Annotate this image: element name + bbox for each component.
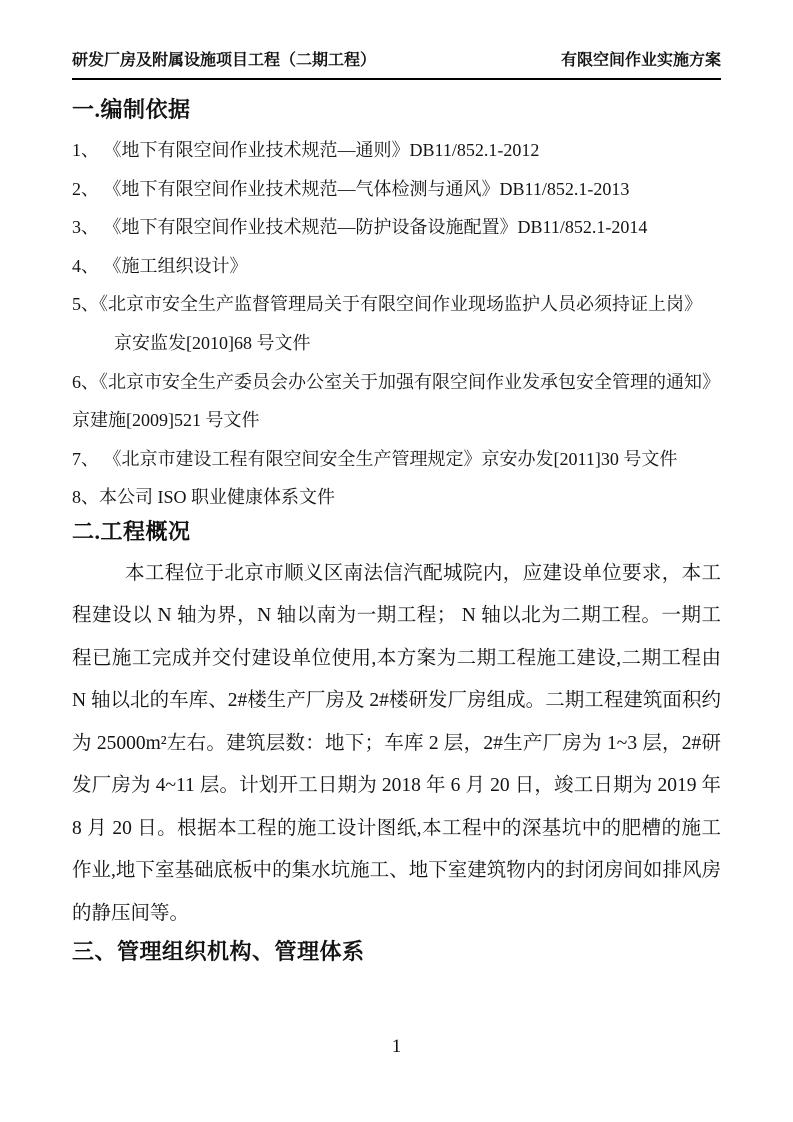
reference-item-8: 8、本公司 ISO 职业健康体系文件 — [72, 478, 721, 517]
reference-item-5: 5、《北京市安全生产监督管理局关于有限空间作业现场监护人员必须持证上岗》 京安监… — [72, 285, 721, 362]
document-page: 研发厂房及附属设施项目工程（二期工程） 有限空间作业实施方案 一.编制依据 1、… — [0, 0, 793, 1122]
reference-item-7: 7、 《北京市建设工程有限空间安全生产管理规定》京安办发[2011]30 号文件 — [72, 440, 721, 479]
header-right-title: 有限空间作业实施方案 — [561, 52, 721, 70]
project-overview-paragraph: 本工程位于北京市顺义区南法信汽配城院内，应建设单位要求，本工程建设以 N 轴为界… — [72, 553, 721, 936]
page-number: 1 — [0, 1036, 793, 1058]
reference-list: 1、 《地下有限空间作业技术规范—通则》DB11/852.1-2012 2、 《… — [72, 131, 721, 517]
reference-item-3: 3、 《地下有限空间作业技术规范—防护设备设施配置》DB11/852.1-201… — [72, 208, 721, 247]
reference-item-4: 4、 《施工组织设计》 — [72, 247, 721, 286]
reference-item-2: 2、 《地下有限空间作业技术规范—气体检测与通风》DB11/852.1-2013 — [72, 170, 721, 209]
header-left-title: 研发厂房及附属设施项目工程（二期工程） — [72, 52, 376, 70]
reference-item-6: 6、《北京市安全生产委员会办公室关于加强有限空间作业发承包安全管理的通知》京建施… — [72, 363, 721, 440]
section3-heading: 三、管理组织机构、管理体系 — [72, 939, 721, 965]
section1-heading: 一.编制依据 — [72, 97, 721, 123]
page-header: 研发厂房及附属设施项目工程（二期工程） 有限空间作业实施方案 — [72, 52, 721, 80]
section2-heading: 二.工程概况 — [72, 519, 721, 545]
reference-item-1: 1、 《地下有限空间作业技术规范—通则》DB11/852.1-2012 — [72, 131, 721, 170]
